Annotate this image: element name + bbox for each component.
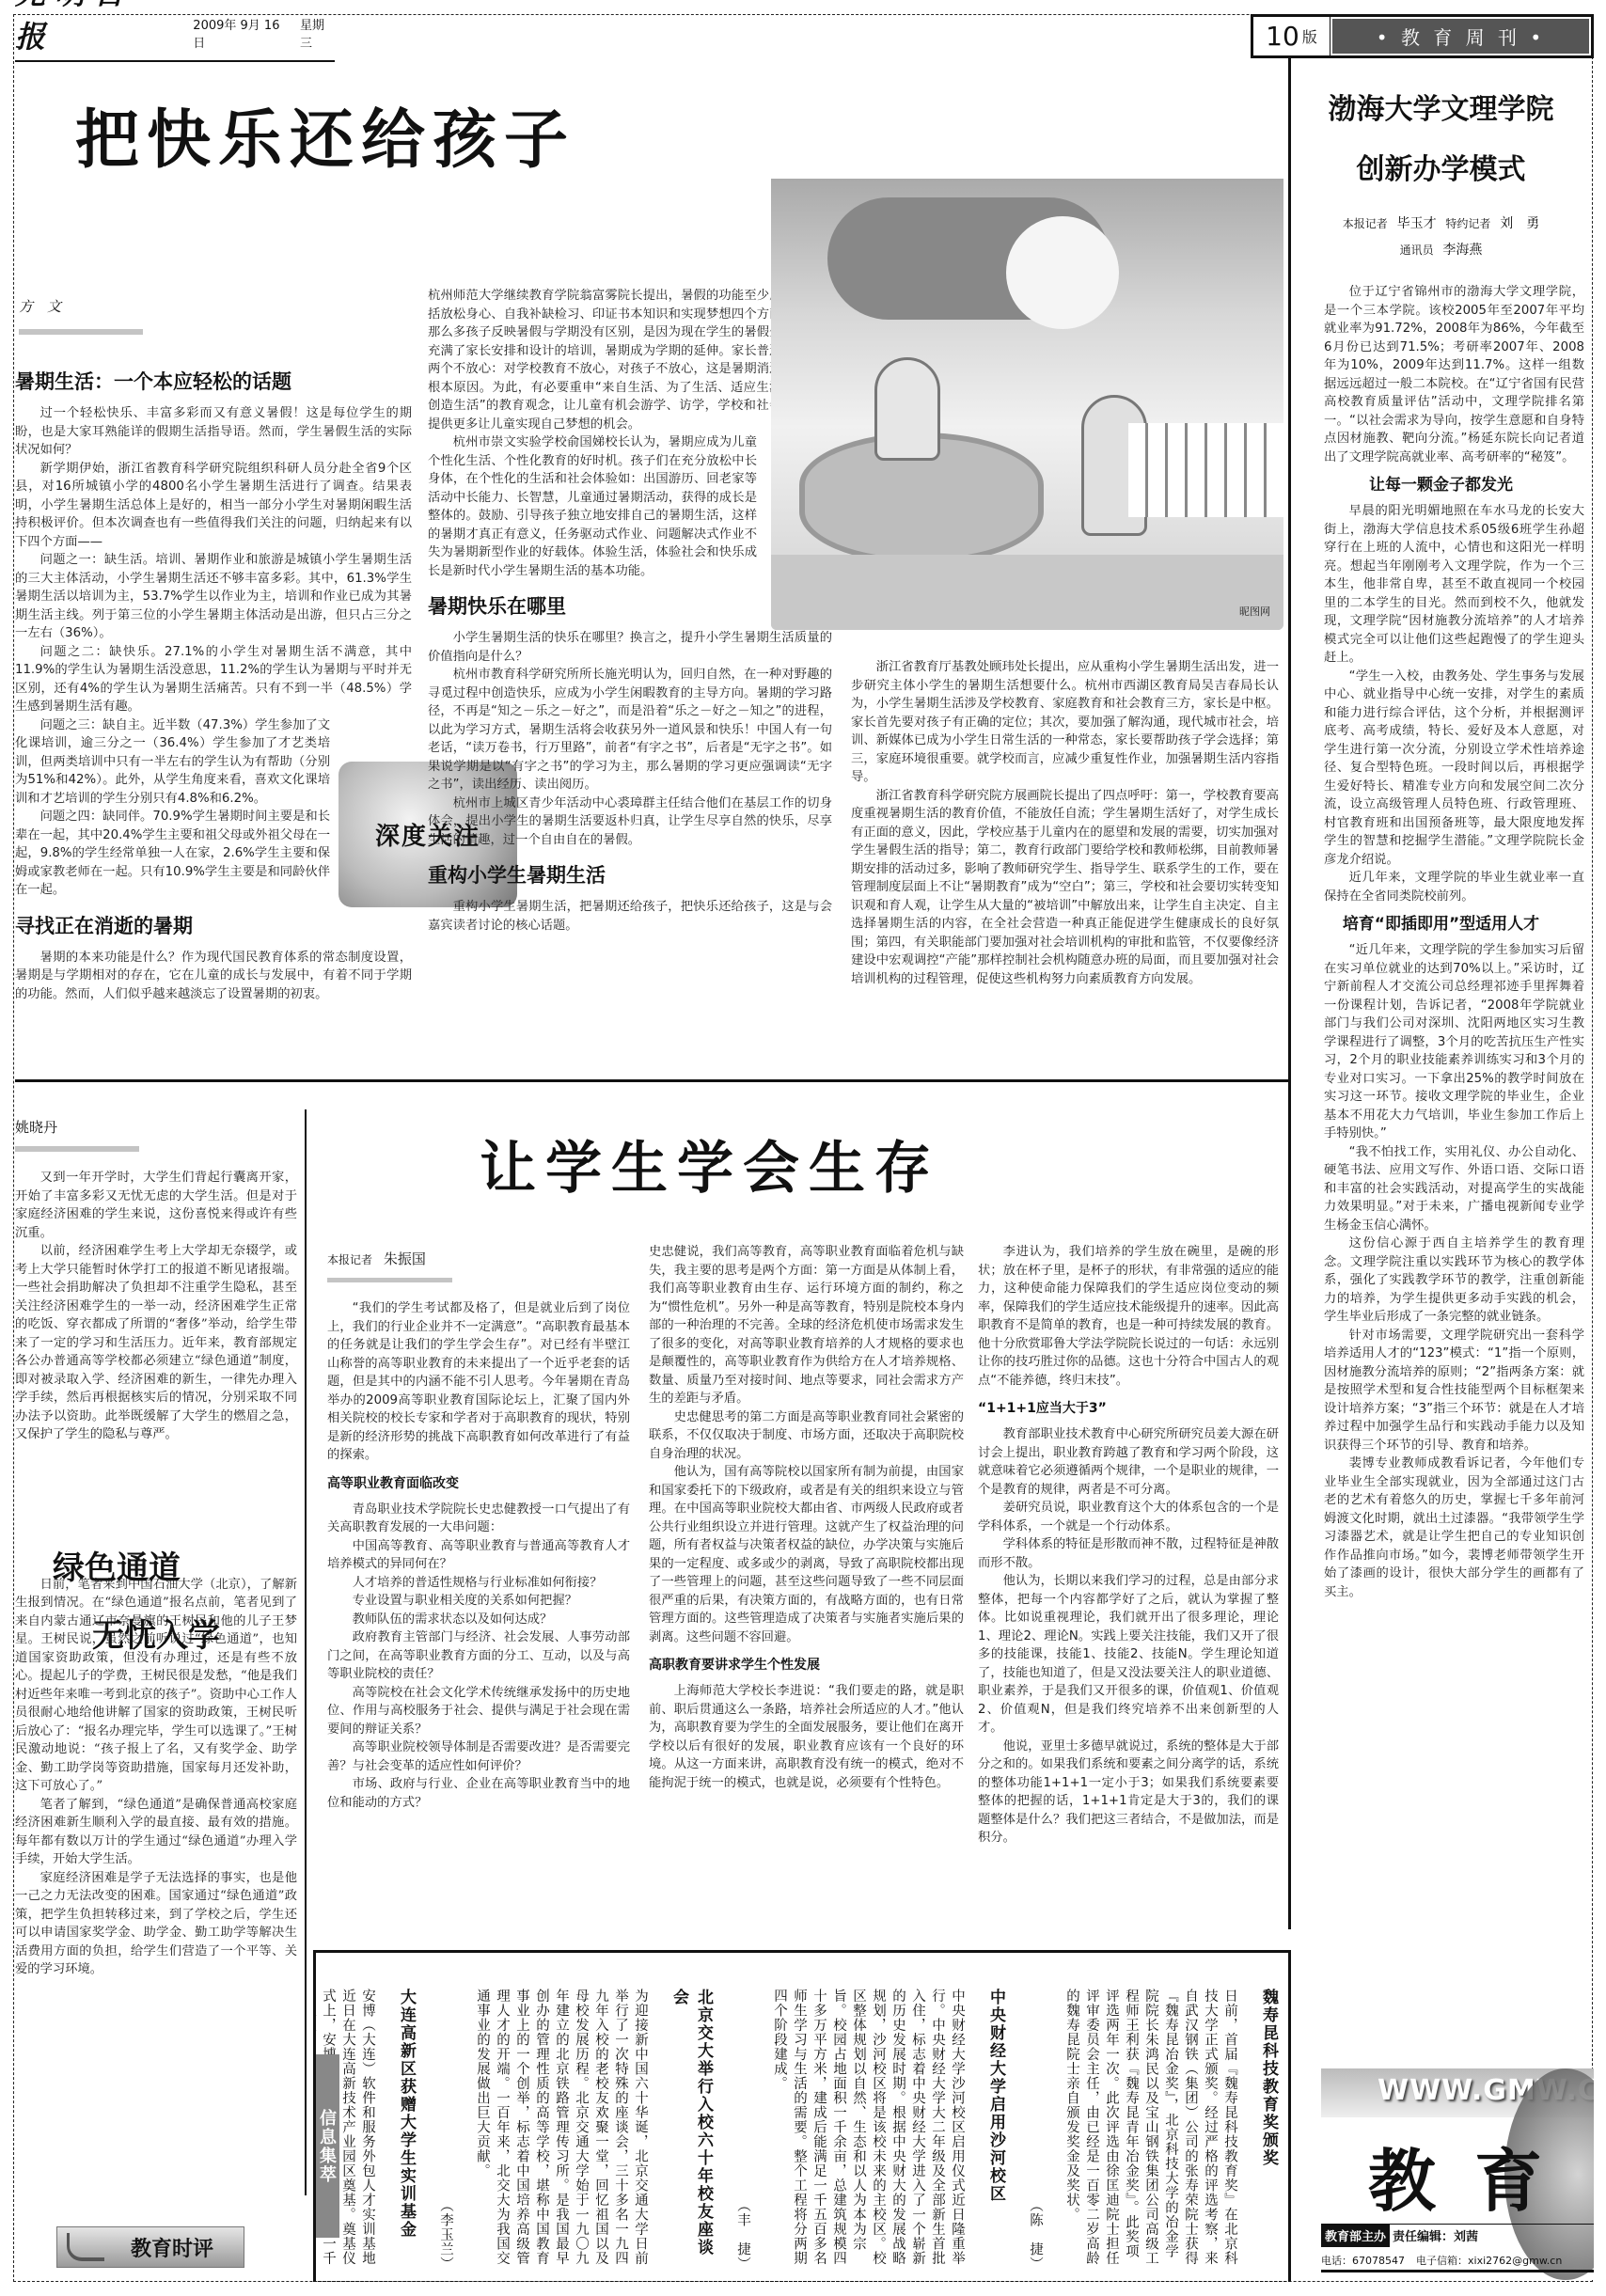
paragraph: 日前，笔者来到中国石油大学（北京），了解新生报到情况。在“绿色通道”报名点前，笔… bbox=[15, 1576, 297, 1796]
paragraph: “我们的学生考试都及格了，但是就业后到了岗位上，我们的行业企业并不一定满意”。“… bbox=[327, 1299, 630, 1465]
paragraph: 暑期的本来功能是什么？作为现代国民教育体系的常态制度设置，暑期是与学期相对的存在… bbox=[15, 949, 412, 1004]
sidebar-article: 渤海大学文理学院 创新办学模式 本报记者 毕玉才 特约记者 刘 勇 通讯员 李海… bbox=[1298, 89, 1584, 1601]
news-item-title: 中央财经大学启用沙河校区 bbox=[984, 1989, 1008, 2271]
newspaper-logo: 光明日报 bbox=[15, 0, 165, 56]
sidebar-intro: 位于辽宁省锦州市的渤海大学文理学院，是一个三本学院。该校2005年至2007年平… bbox=[1298, 283, 1584, 466]
section-heading: 重构小学生暑期生活 bbox=[428, 862, 832, 889]
paragraph: 小学生暑期生活的快乐在哪里？换言之，提升小学生暑期生活质量的价值指向是什么？ bbox=[428, 629, 832, 666]
byline-underline bbox=[15, 1146, 139, 1152]
section-heading: 高等职业教育面临改变 bbox=[327, 1474, 630, 1493]
paragraph: 杭州师范大学继续教育学院翁富雾院长提出，暑假的功能至少应包括放松身心、自我补缺检… bbox=[428, 287, 795, 433]
banner-contact-row: 电话：67078547 电子信箱：xixi2762@gmw.cn bbox=[1321, 2250, 1594, 2272]
paragraph: 史忠健说，我们高等教育，高等职业教育面临着危机与缺失，我主要的思考是两个方面：第… bbox=[649, 1243, 964, 1408]
sidebar-divider bbox=[1288, 58, 1291, 1929]
paragraph: 人才培养的普适性规格与行业标准如何衔接？ bbox=[327, 1574, 630, 1593]
paragraph: 针对市场需要，文理学院研究出一套科学培养适用人才的“123”模式：“1”指一个原… bbox=[1298, 1327, 1584, 1455]
paragraph: 姜研究员说，职业教育这个大的体系包含的一个是学科体系，一个就是一个行动体系。 bbox=[978, 1499, 1279, 1535]
paragraph: 重构小学生暑期生活，把暑期还给孩子，把快乐还给孩子，这是与会嘉宾读者讨论的核心话… bbox=[428, 898, 832, 935]
byline-label: 本报记者 bbox=[327, 1253, 372, 1266]
news-item-title: 北京交大举行入校六十年校友座谈会 bbox=[667, 1989, 716, 2271]
paragraph: 近几年来，文理学院的毕业生就业率一直保持在全省同类院校前列。 bbox=[1298, 869, 1584, 905]
commentary-headline-line2: 无忧入学 bbox=[92, 1610, 220, 1656]
news-item-title: 大连高新区获赠大学生实训基金 bbox=[394, 1989, 418, 2271]
edu-commentary-label: 教育时评 bbox=[131, 2233, 213, 2262]
commentary-divider bbox=[305, 1109, 307, 2195]
article2-headline: 让学生学会生存 bbox=[480, 1124, 940, 1204]
paragraph: 裴博专业教师成教看诉记者，今年他们专业毕业生全部实现就业，因为全部通过这门古老的… bbox=[1298, 1455, 1584, 1601]
section-heading: “1+1+1应当大于3” bbox=[978, 1399, 1279, 1418]
paragraph: 教师队伍的需求状态以及如何达成？ bbox=[327, 1611, 630, 1629]
article1-byline: 方 文 bbox=[19, 296, 143, 316]
byline-name: 刘 勇 bbox=[1500, 216, 1539, 231]
children-illustration: 昵图网 bbox=[771, 179, 1283, 630]
paragraph: 政府教育主管部门与经济、社会发展、人事劳动部门之间，在高等职业教育方面的分工、互… bbox=[327, 1628, 630, 1684]
paragraph: 高等职业院校领导体制是否需要改进？是否需要完善？与社会变革的适应性如何评价？ bbox=[327, 1738, 630, 1775]
paragraph: 他说，亚里士多德早就说过，系统的整体是大于部分之和的。如果我们系统和要素之间分离… bbox=[978, 1738, 1279, 1848]
paragraph: 问题之二：缺快乐。27.1%的小学生对暑期生活不满意，其中11.9%的学生认为暑… bbox=[15, 643, 412, 716]
byline-label: 特约记者 bbox=[1445, 217, 1490, 230]
child-figure bbox=[874, 357, 940, 461]
section-heading: 让每一颗金子都发光 bbox=[1298, 472, 1584, 498]
paragraph: 杭州市教育科学研究所所长施光明认为，回归自然，在一种对野趣的寻觅过程中创造快乐，… bbox=[428, 666, 832, 794]
editor-label: 责任编辑：刘茜 bbox=[1393, 2226, 1478, 2244]
byline-name: 李海燕 bbox=[1442, 243, 1482, 258]
paragraph: 早晨的阳光明媚地照在车水马龙的长安大街上，渤海大学信息技术系05级6班学生孙超穿… bbox=[1298, 502, 1584, 668]
section-title-box: • 教 育 周 刊 • bbox=[1332, 19, 1589, 54]
page-section-header: 10 版 • 教 育 周 刊 • bbox=[1251, 14, 1594, 58]
sidebar-headline-line2: 创新办学模式 bbox=[1298, 149, 1584, 191]
paragraph: 青岛职业技术学院院长史忠健教授一口气提出了有关高职教育发展的一大串问题： bbox=[327, 1501, 630, 1537]
newspaper-page: 光明日报 2009年 9月 16日 星期三 10 版 • 教 育 周 刊 • 把… bbox=[0, 0, 1606, 2296]
wave-icon bbox=[67, 2233, 104, 2261]
section-heading: 暑期生活：一个本应轻松的话题 bbox=[15, 369, 412, 395]
news-item-body: 为迎接新中国六十华诞，北京交通大学日前举行了一次特殊的座谈会，三十多名一九四九年… bbox=[472, 1989, 650, 2271]
news-item-body: 中央财经大学沙河校区启用仪式近日隆重举行。中央财经大学大二年级及全部新生首批入住… bbox=[769, 1989, 967, 2271]
paragraph: 李进认为，我们培养的学生放在碗里，是碗的形状；放在杯子里，是杯子的形状，有非常强… bbox=[978, 1243, 1279, 1390]
byline-underline bbox=[19, 329, 143, 335]
section-heading: 寻找正在消逝的暑期 bbox=[15, 913, 412, 939]
news-item-source: （陈 捷） bbox=[1025, 2198, 1045, 2272]
paragraph: 过一个轻松快乐、丰富多彩而又有意义暑假！这是每位学生的期盼，也是大家耳熟能详的假… bbox=[15, 404, 412, 460]
article2-byline: 本报记者 朱振国 bbox=[327, 1249, 630, 1268]
paragraph: 浙江省教育厅基教处顾玮处长提出，应从重构小学生暑期生活出发，进一步研究主体小学生… bbox=[851, 658, 1279, 787]
email-address: 电子信箱：xixi2762@gmw.cn bbox=[1416, 2253, 1562, 2268]
page-number: 10 bbox=[1266, 21, 1299, 52]
sidebar-byline-2: 通讯员 李海燕 bbox=[1298, 240, 1584, 259]
issue-date: 2009年 9月 16日 bbox=[193, 15, 287, 51]
byline-underline bbox=[327, 1278, 452, 1282]
paragraph: 专业设置与职业相关度的关系如何把握？ bbox=[327, 1592, 630, 1611]
byline-name: 毕玉才 bbox=[1397, 216, 1437, 231]
article1-column-3: 浙江省教育厅基教处顾玮处长提出，应从重构小学生暑期生活出发，进一步研究主体小学生… bbox=[851, 658, 1279, 988]
paragraph: 又到一年开学时，大学生们背起行囊离开家，开始了丰富多彩又无忧无虑的大学生活。但是… bbox=[15, 1169, 297, 1242]
paragraph: 市场、政府与行业、企业在高等职业教育当中的地位和能动的方式？ bbox=[327, 1775, 630, 1812]
ground-shape bbox=[771, 555, 1283, 630]
masthead: 光明日报 2009年 9月 16日 星期三 bbox=[15, 23, 335, 62]
commentary-headline-line1: 绿色通道 bbox=[53, 1542, 181, 1588]
paragraph: 他认为，国有高等院校以国家所有制为前提，由国家和国家委托下的下级政府，或者是有关… bbox=[649, 1463, 964, 1646]
edu-banner: WWW.GMW.CN 教 育 教育部主办 责任编辑：刘茜 电话：67078547… bbox=[1321, 2068, 1594, 2280]
article2-column-2: 史忠健说，我们高等教育，高等职业教育面临着危机与缺失，我主要的思考是两个方面：第… bbox=[649, 1243, 964, 1792]
section-heading: 培育“即插即用”型适用人才 bbox=[1298, 911, 1584, 937]
news-digest-label-box: 信息集萃 bbox=[313, 2054, 339, 2238]
sidebar-headline-line1: 渤海大学文理学院 bbox=[1298, 89, 1584, 131]
news-digest-box: 魏寿昆科技教育奖颁奖 日前，首届『魏寿昆科技教育奖』在北京科技大学正式颁奖。经过… bbox=[313, 1950, 1291, 2282]
paragraph: 这份信心源于西自主培养学生的教育理念。文理学院注重以实践环节为核心的教学体系，强… bbox=[1298, 1234, 1584, 1327]
paragraph: 杭州市上城区青少年活动中心裘璋群主任结合他们在基层工作的切身体会，提出小学生的暑… bbox=[428, 794, 832, 850]
byline-label: 通讯员 bbox=[1400, 244, 1434, 257]
image-credit: 昵图网 bbox=[1239, 604, 1270, 619]
section-title: • 教 育 周 刊 • bbox=[1377, 23, 1545, 50]
paragraph: 问题之一：缺生活。培训、暑期作业和旅游是城镇小学生暑期生活的三大主体活动，小学生… bbox=[15, 551, 412, 643]
article1-byline-block: 方 文 bbox=[19, 296, 143, 335]
paragraph: 中国高等教育、高等职业教育与普通高等教育人才培养模式的异同何在？ bbox=[327, 1537, 630, 1574]
sun-shape bbox=[1006, 216, 1119, 329]
news-item-title: 魏寿昆科技教育奖颁奖 bbox=[1256, 1989, 1281, 2271]
paragraph: 高等院校在社会文化学术传统继承发扬中的历史地位、作用与高校服务于社会、提供与满足… bbox=[327, 1684, 630, 1739]
phone-number: 电话：67078547 bbox=[1321, 2253, 1405, 2268]
paragraph: “学生一入校，由教务处、学生事务与发展中心、就业指导中心统一安排，对学生的素质和… bbox=[1298, 668, 1584, 870]
article2-column-3: 李进认为，我们培养的学生放在碗里，是碗的形状；放在杯子里，是杯子的形状，有非常强… bbox=[978, 1243, 1279, 1848]
article1-headline: 把快乐还给孩子 bbox=[75, 89, 575, 181]
commentary-author: 姚晓丹 bbox=[15, 1117, 297, 1137]
section-heading: 高职教育要讲求学生个性发展 bbox=[649, 1656, 964, 1675]
banner-title: 教 育 bbox=[1368, 2127, 1550, 2225]
paragraph: 学科体系的特征是形散而神不散，过程特征是神散而形不散。 bbox=[978, 1535, 1279, 1572]
page-number-suffix: 版 bbox=[1302, 25, 1317, 47]
paragraph: 新学期伊始，浙江省教育科学研究院组织科研人员分赴全省9个区县，对16所城镇小学的… bbox=[15, 460, 412, 552]
paragraph: 家庭经济困难是学子无法选择的事实，也是他一己之力无法改变的困难。国家通过“绿色通… bbox=[15, 1869, 297, 1979]
paragraph: 以前，经济困难学生考上大学却无奈辍学，或考上大学只能暂时休学打工的报道不断见诸报… bbox=[15, 1242, 297, 1444]
paragraph: “我不怕找工作，实用礼仪、办公自动化、硬笔书法、应用文写作、外语口语、交际口语和… bbox=[1298, 1143, 1584, 1235]
sidebar-byline-1: 本报记者 毕玉才 特约记者 刘 勇 bbox=[1298, 213, 1584, 232]
news-digest-label: 信息集萃 bbox=[314, 2109, 339, 2184]
paragraph: 杭州市崇文实验学校俞国娣校长认为，暑期应成为儿童个性化生活、个性化教育的好时机。… bbox=[428, 433, 757, 580]
sponsor-label: 教育部主办 bbox=[1321, 2224, 1390, 2247]
byline-name: 朱振国 bbox=[384, 1250, 426, 1267]
edu-commentary-badge: 教育时评 bbox=[56, 2226, 244, 2268]
paragraph: “近几年来，文理学院的学生参加实习后留在实习单位就业的达到70%以上。”采访时，… bbox=[1298, 941, 1584, 1143]
article2-column-1: 本报记者 朱振国 “我们的学生考试都及格了，但是就业后到了岗位上，我们的行业企业… bbox=[327, 1249, 630, 1812]
paragraph: 上海师范大学校长李进说：“我们要走的路，就是职前、职后贯通这么一条路，培养社会所… bbox=[649, 1682, 964, 1792]
paragraph: 问题之四：缺同伴。70.9%学生暑期时间主要是和长辈在一起，其中20.4%学生主… bbox=[15, 808, 330, 900]
paragraph: 浙江省教育科学研究院方展画院长提出了四点呼吁：第一，学校教育要高度重视暑期生活的… bbox=[851, 787, 1279, 989]
news-item-body: 日前，首届『魏寿昆科技教育奖』在北京科技大学正式颁奖。经过严格的评选考察，来自武… bbox=[1062, 1989, 1239, 2271]
paragraph: 史忠健思考的第二方面是高等职业教育同社会紧密的联系，不仅仅取决于制度、市场方面，… bbox=[649, 1408, 964, 1464]
fence-shape bbox=[1128, 423, 1283, 517]
paragraph: 问题之三：缺自主。近半数（47.3%）学生参加了文化课培训，逾三分之一（36.4… bbox=[15, 716, 330, 809]
banner-editor-row: 教育部主办 责任编辑：刘茜 bbox=[1321, 2224, 1594, 2246]
paragraph: 他认为，长期以来我们学习的过程，总是由部分求整体，把每一个内容都学好了之后，就认… bbox=[978, 1572, 1279, 1738]
page-number-box: 10 版 bbox=[1253, 17, 1330, 55]
section-divider bbox=[15, 1079, 1288, 1082]
paragraph: 教育部职业技术教育中心研究所研究员姜大源在研讨会上提出，职业教育跨越了教育和学习… bbox=[978, 1425, 1279, 1499]
news-item-source: （丰 捷） bbox=[732, 2198, 752, 2272]
byline-label: 本报记者 bbox=[1343, 217, 1388, 230]
issue-weekday: 星期三 bbox=[300, 15, 335, 51]
news-item-source: （李玉兰） bbox=[435, 2198, 455, 2272]
paragraph: 笔者了解到，“绿色通道”是确保普通高校家庭经济困难新生顺利入学的最直接、最有效的… bbox=[15, 1796, 297, 1869]
